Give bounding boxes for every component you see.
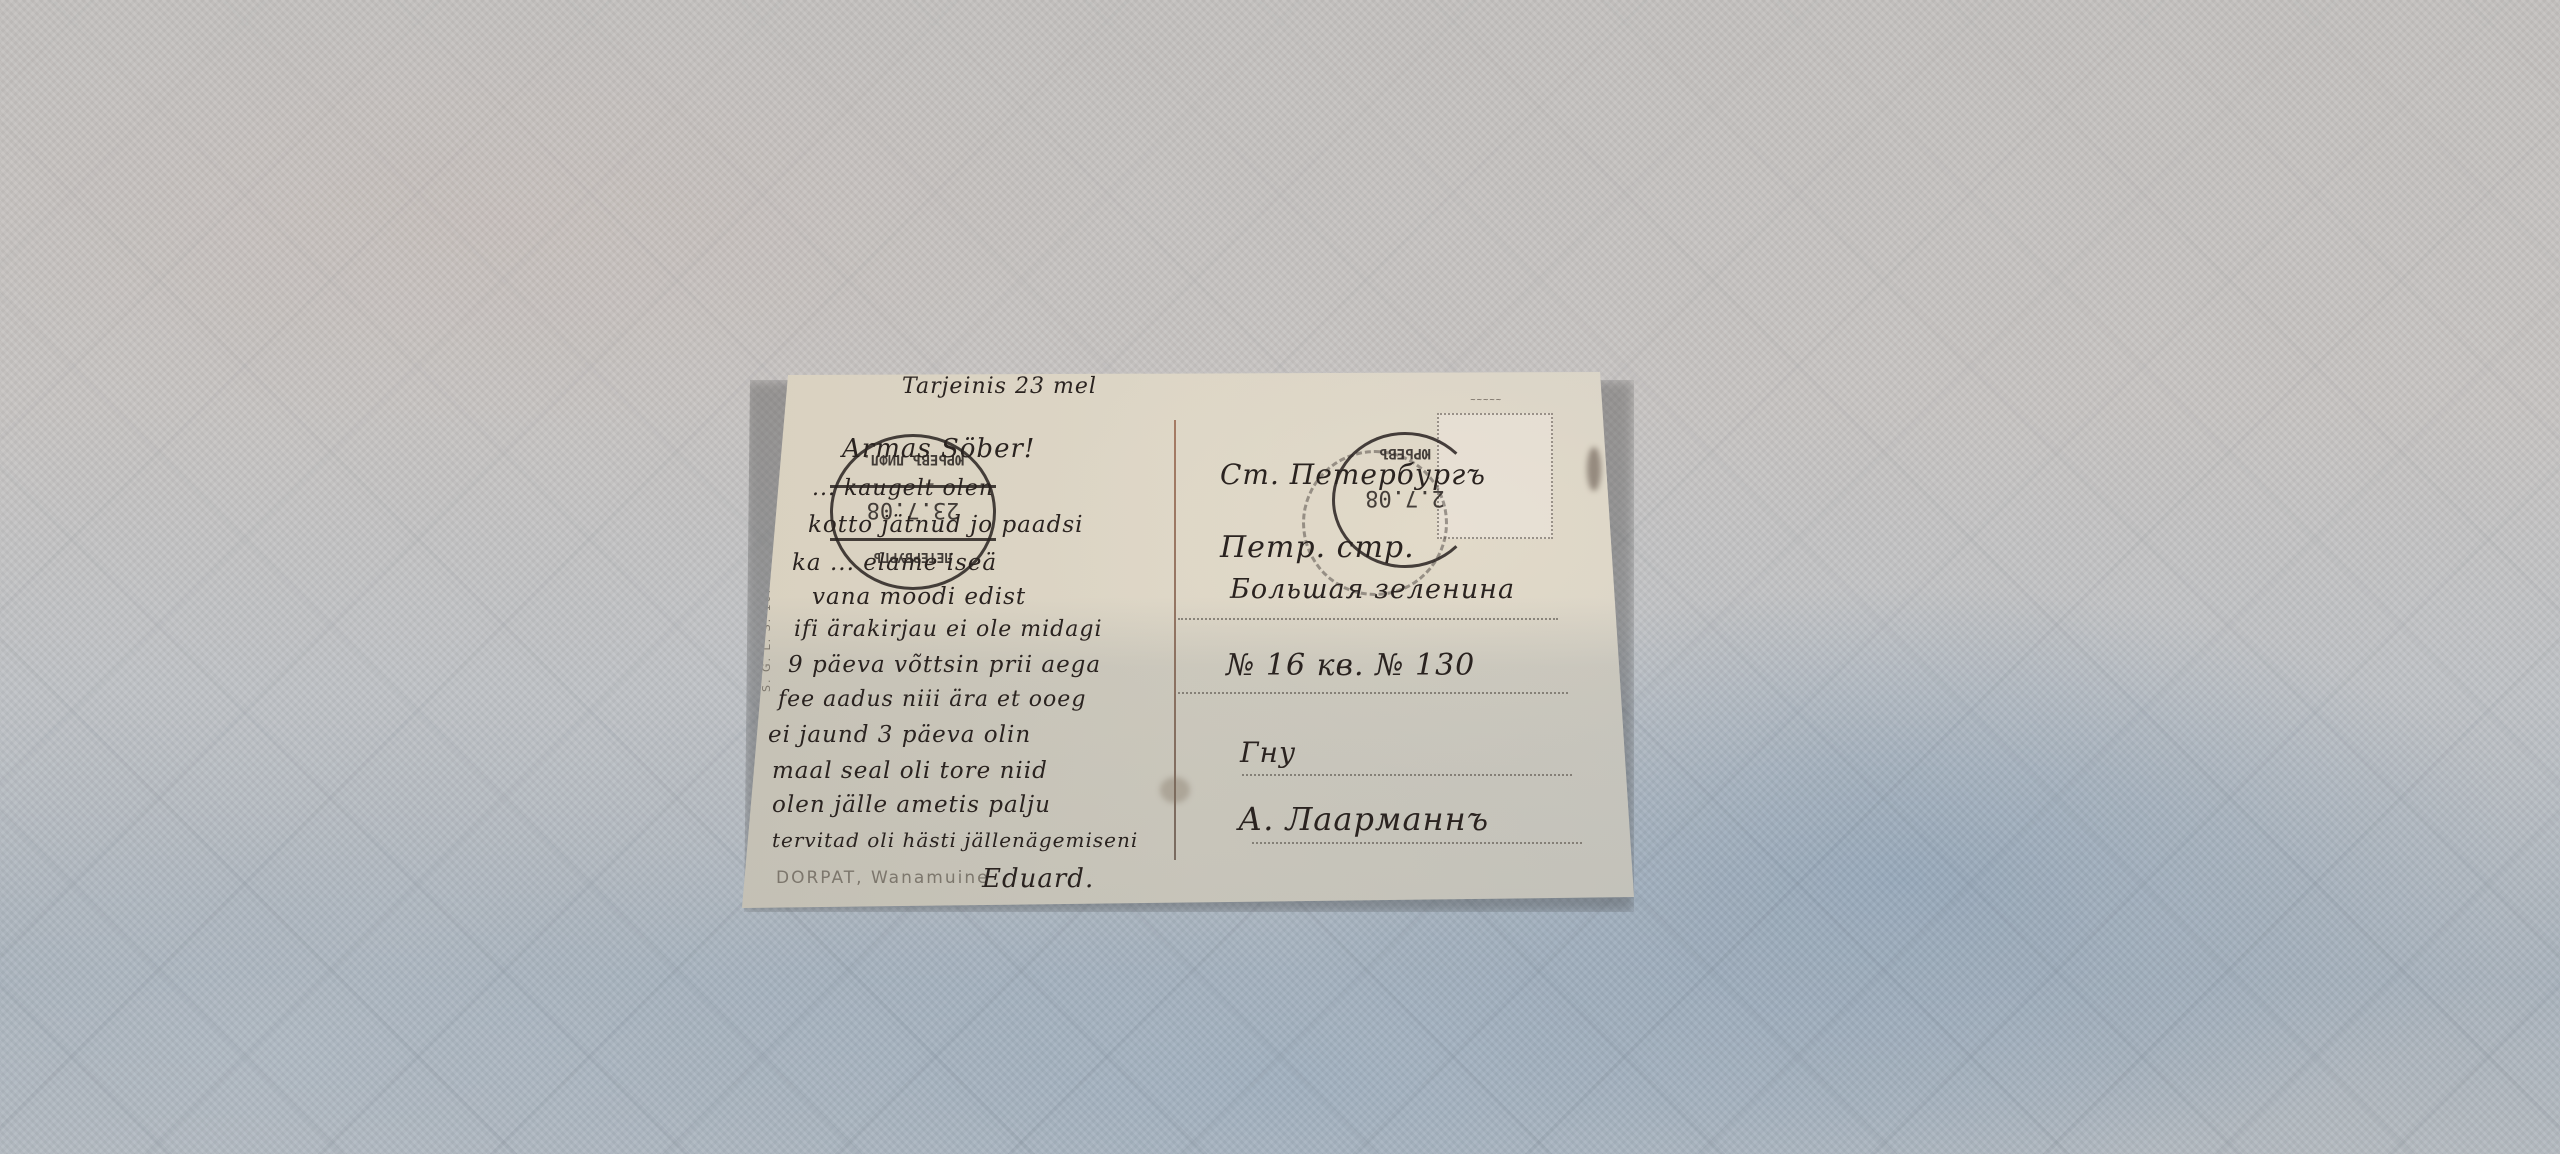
message-line: ... kaugelt olen (812, 476, 994, 501)
address-line-city: Ст. Петербургъ (1220, 458, 1486, 491)
address-dotted-line (1242, 774, 1572, 776)
address-line-district: Петр. стр. (1220, 530, 1415, 565)
address-line-street: Большая зеленина (1230, 574, 1515, 605)
stamp-box-label: ~~~~~ (1470, 396, 1502, 404)
message-line: ka ... elame iseä (792, 550, 997, 576)
message-line: 9 päeva võttsin prii aega (788, 652, 1101, 678)
message-greeting: Armas Söber! (842, 434, 1035, 464)
message-line: vana moodi edist (812, 584, 1026, 610)
postcard: Tarjeinis 23 mel S. G. L. S. 10. ЮРЬЕВЪ … (742, 372, 1634, 908)
address-dotted-line (1178, 692, 1568, 694)
message-line: olen jälle ametis palju (772, 792, 1051, 818)
message-header: Tarjeinis 23 mel (902, 374, 1097, 399)
smudge (1160, 777, 1190, 803)
address-dotted-line (1252, 842, 1582, 844)
smudge (1587, 447, 1601, 491)
address-line-salutation: Гну (1240, 736, 1296, 769)
address-line-recipient: А. Лаарманнъ (1238, 800, 1489, 838)
message-line: tervitad oli hästi jällenägemiseni (772, 828, 1138, 852)
address-dotted-line (1178, 618, 1558, 620)
message-line: kotto jätnud jo paadsi (808, 512, 1084, 538)
address-line-number: № 16 кв. № 130 (1226, 648, 1475, 683)
signature: Eduard. (982, 864, 1094, 894)
message-line: ei jaund 3 päeva olin (768, 722, 1031, 748)
printed-caption: DORPAT, Wanamuine (776, 868, 990, 888)
message-line: fee aadus niii ära et ooeg (778, 687, 1086, 712)
message-line: maal seal oli tore niid (772, 758, 1048, 784)
message-line: ifi ärakirjau ei ole midagi (794, 617, 1103, 642)
